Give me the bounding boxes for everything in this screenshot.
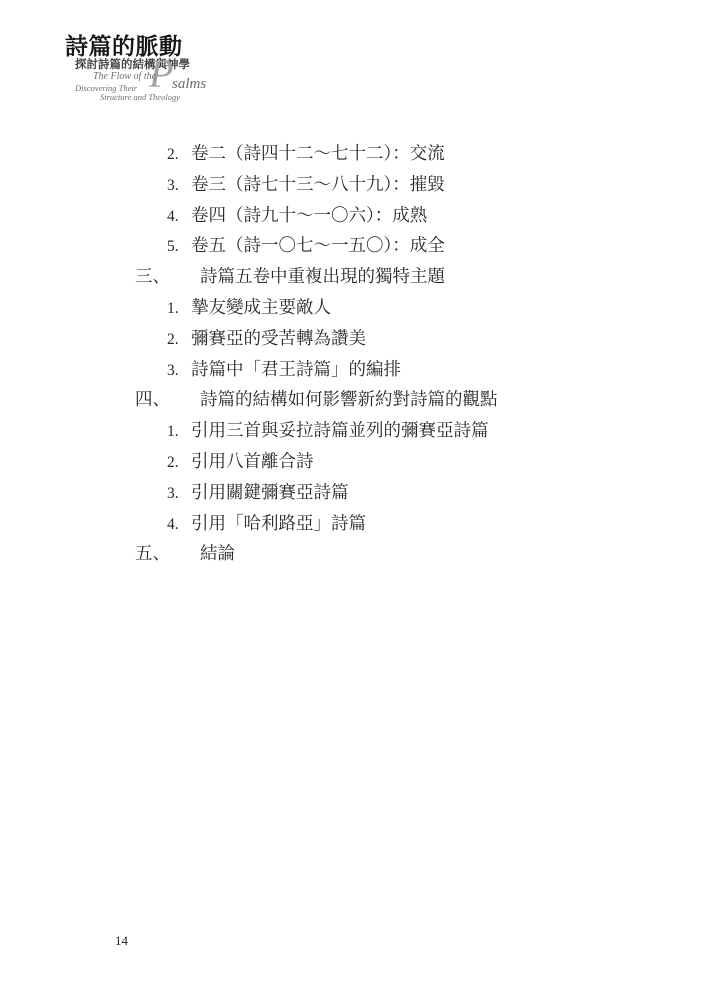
item-marker: 1. <box>167 417 191 448</box>
logo-english-line1: The Flow of the <box>93 71 156 82</box>
item-marker: 3. <box>167 479 191 510</box>
item-marker: 四、 <box>135 384 200 415</box>
logo-psalms-rest: salms <box>172 76 206 93</box>
outline-section-heading: 三、 詩篇五卷中重複出現的獨特主題 <box>0 261 705 292</box>
item-text: 卷四（詩九十～一〇六）：成熟 <box>191 200 427 231</box>
logo-english-line3: Structure and Theology <box>100 92 180 102</box>
item-marker: 2. <box>167 325 191 356</box>
book-logo: 詩篇的脈動 探討詩篇的結構與神學 P The Flow of the salms… <box>65 28 235 108</box>
item-text: 卷二（詩四十二～七十二）：交流 <box>191 138 445 169</box>
item-marker: 4. <box>167 510 191 541</box>
item-text: 詩篇的結構如何影響新約對詩篇的觀點 <box>200 384 498 415</box>
outline-item: 4. 卷四（詩九十～一〇六）：成熟 <box>0 200 705 231</box>
outline-list: 2. 卷二（詩四十二～七十二）：交流 3. 卷三（詩七十三～八十九）：摧毀 4.… <box>0 138 705 569</box>
item-text: 結論 <box>200 538 235 569</box>
item-text: 引用「哈利路亞」詩篇 <box>191 508 366 539</box>
outline-item: 3. 引用關鍵彌賽亞詩篇 <box>0 477 705 508</box>
outline-item: 1. 引用三首與妥拉詩篇並列的彌賽亞詩篇 <box>0 415 705 446</box>
item-marker: 2. <box>167 140 191 171</box>
item-text: 引用八首離合詩 <box>191 446 314 477</box>
outline-item: 2. 引用八首離合詩 <box>0 446 705 477</box>
document-page: 詩篇的脈動 探討詩篇的結構與神學 P The Flow of the salms… <box>0 0 705 1000</box>
item-marker: 5. <box>167 232 191 263</box>
outline-item: 4. 引用「哈利路亞」詩篇 <box>0 508 705 539</box>
item-text: 摯友變成主要敵人 <box>191 292 331 323</box>
item-marker: 3. <box>167 356 191 387</box>
outline-item: 2. 彌賽亞的受苦轉為讚美 <box>0 323 705 354</box>
item-text: 引用三首與妥拉詩篇並列的彌賽亞詩篇 <box>191 415 489 446</box>
item-text: 引用關鍵彌賽亞詩篇 <box>191 477 349 508</box>
item-text: 卷五（詩一〇七～一五〇）：成全 <box>191 230 445 261</box>
item-marker: 1. <box>167 294 191 325</box>
outline-item: 3. 卷三（詩七十三～八十九）：摧毀 <box>0 169 705 200</box>
item-marker: 三、 <box>135 261 200 292</box>
item-marker: 3. <box>167 171 191 202</box>
item-marker: 2. <box>167 448 191 479</box>
outline-item: 3. 詩篇中「君王詩篇」的編排 <box>0 354 705 385</box>
page-number: 14 <box>115 933 128 949</box>
item-marker: 4. <box>167 202 191 233</box>
item-marker: 五、 <box>135 538 200 569</box>
item-text: 詩篇五卷中重複出現的獨特主題 <box>200 261 445 292</box>
outline-item: 5. 卷五（詩一〇七～一五〇）：成全 <box>0 230 705 261</box>
item-text: 卷三（詩七十三～八十九）：摧毀 <box>191 169 445 200</box>
outline-item: 1. 摯友變成主要敵人 <box>0 292 705 323</box>
outline-section-heading: 四、 詩篇的結構如何影響新約對詩篇的觀點 <box>0 384 705 415</box>
outline-section-heading: 五、 結論 <box>0 538 705 569</box>
item-text: 彌賽亞的受苦轉為讚美 <box>191 323 366 354</box>
outline-item: 2. 卷二（詩四十二～七十二）：交流 <box>0 138 705 169</box>
item-text: 詩篇中「君王詩篇」的編排 <box>191 354 401 385</box>
logo-english-block: P The Flow of the salms Discovering Thei… <box>65 28 235 108</box>
